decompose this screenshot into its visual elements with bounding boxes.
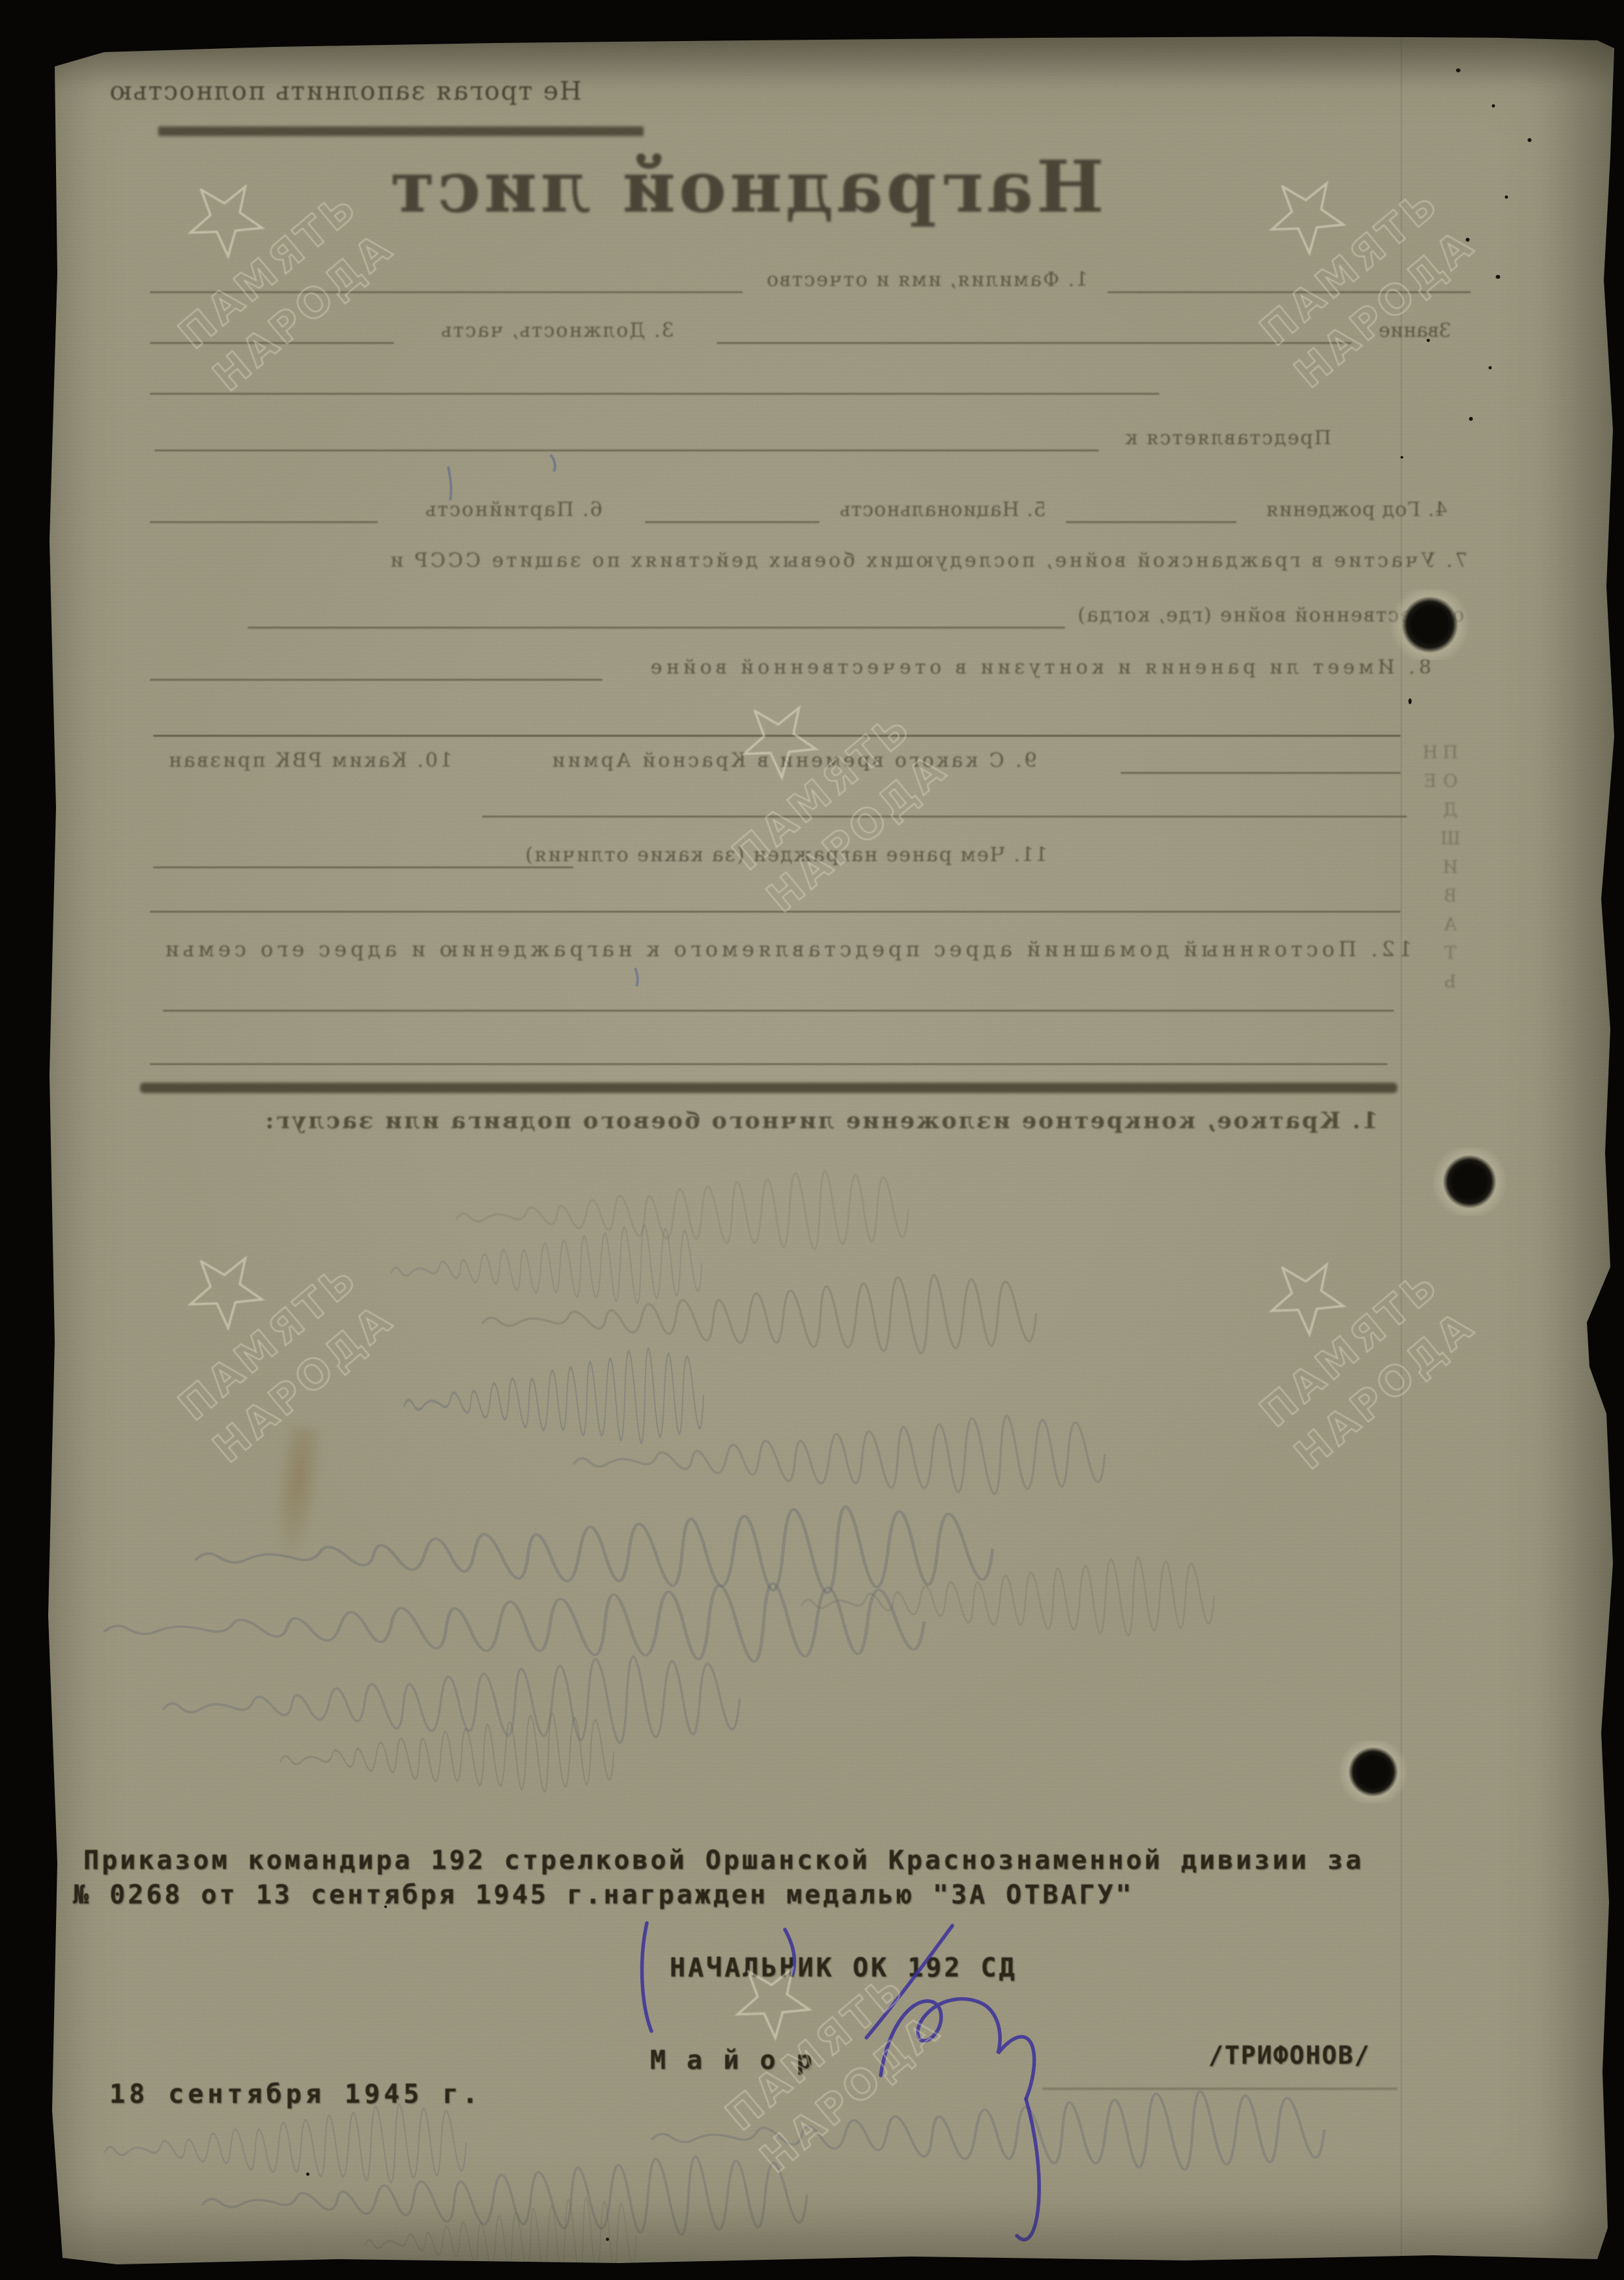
paper-sheet: Не трогая заполнить полностью Наградной … [0, 0, 1624, 2280]
edge-vignette [0, 0, 1624, 2280]
scanned-award-document: { "watermark": { "line1": "ПАМЯТЬ", "lin… [0, 0, 1624, 2280]
